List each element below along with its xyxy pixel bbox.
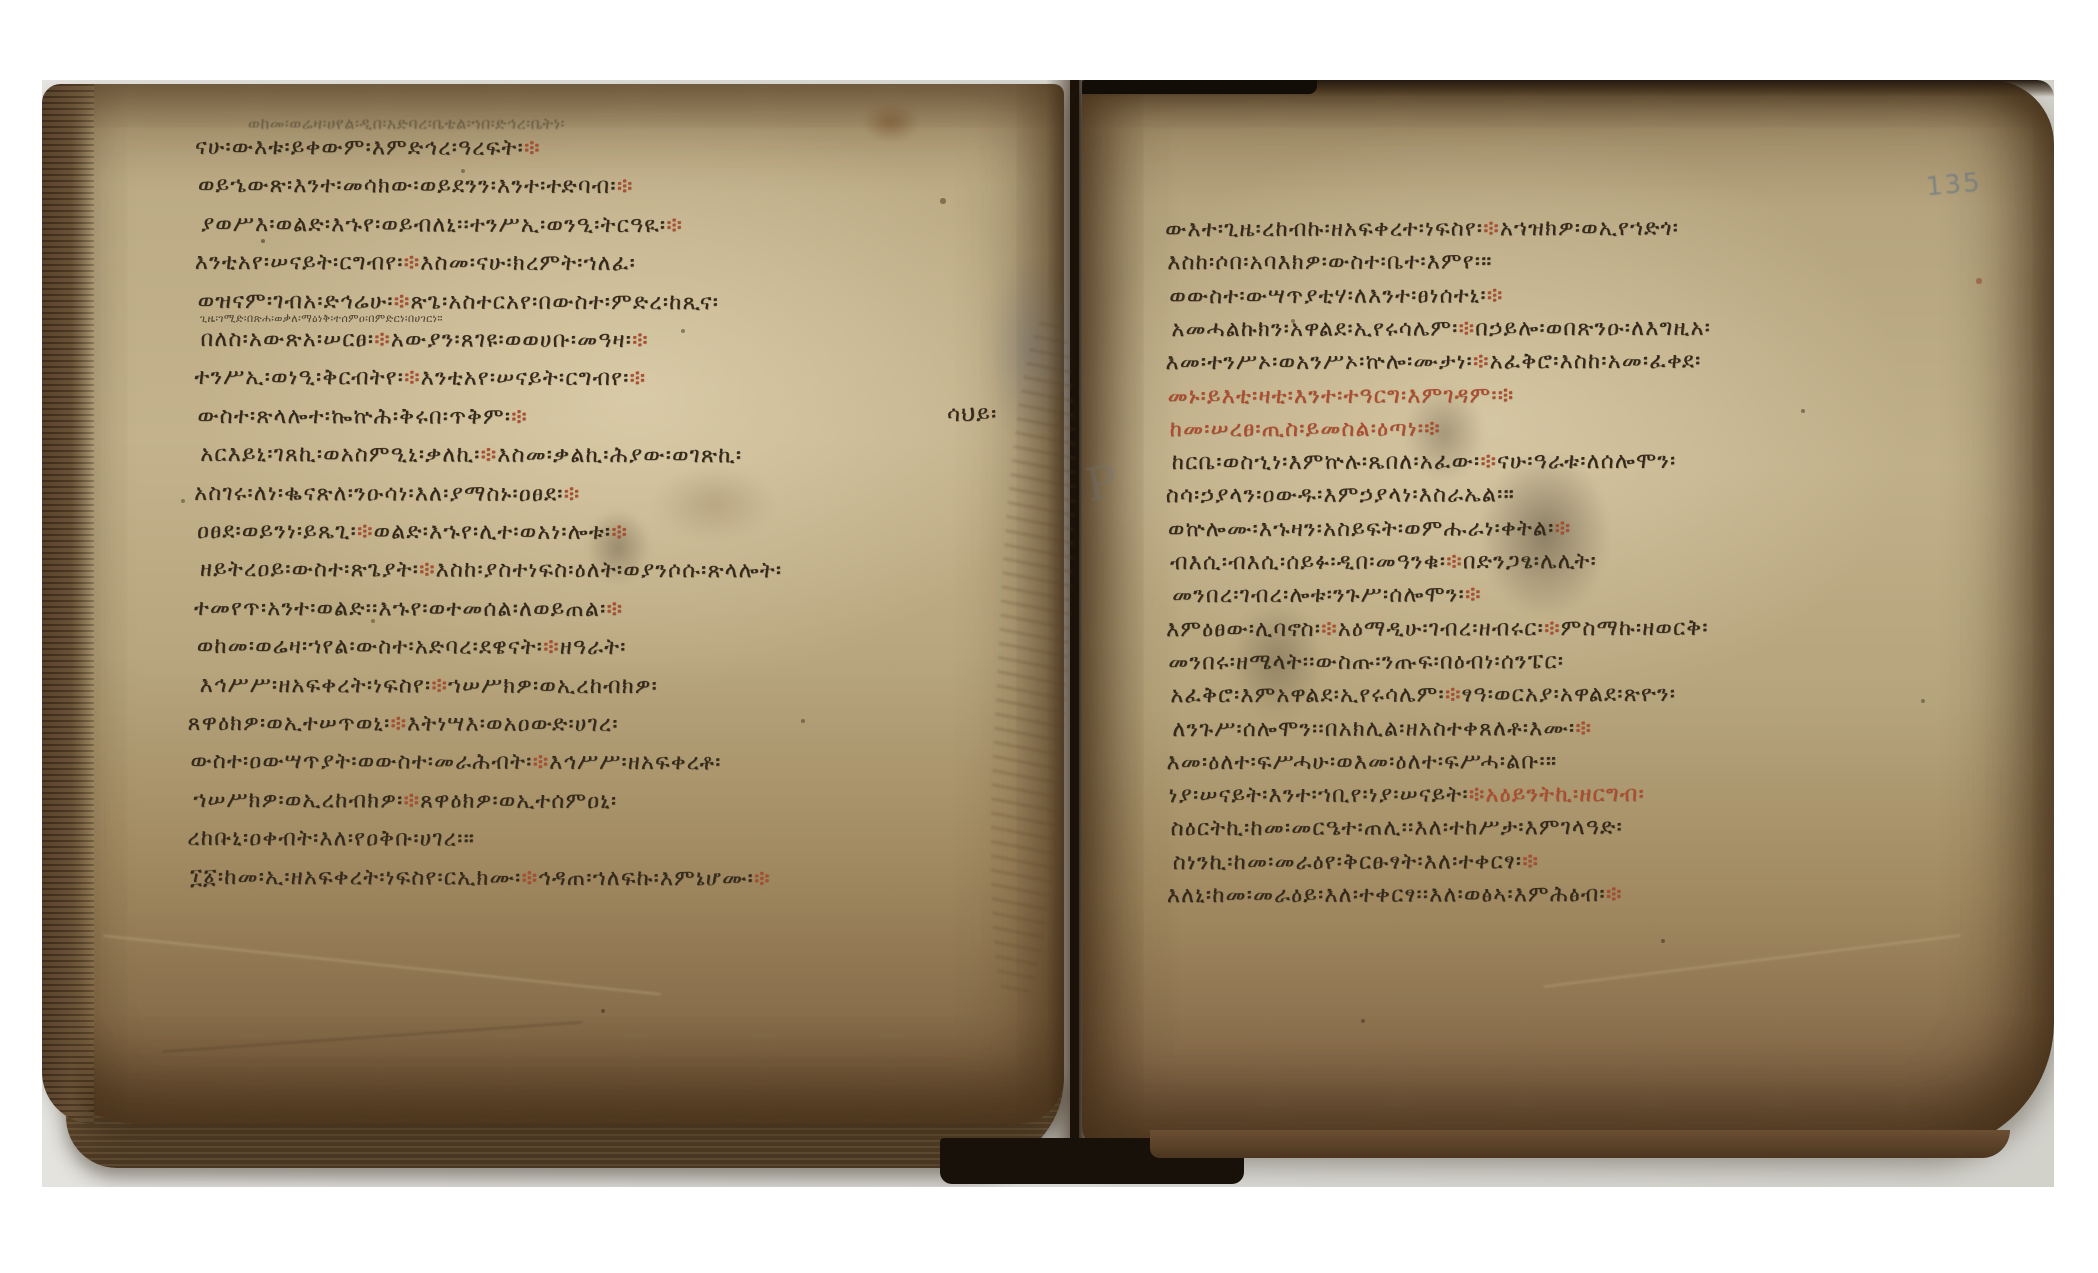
rubric-section-mark: ፨ [1480, 449, 1497, 474]
rubric-section-mark: ፨ [403, 788, 420, 813]
manuscript-photo: ወከመ፡ወሬዛ፡ሀየል፡ዲበ፡አድባረ፡ቤቴል፡ኀበ፡ድኅረ፡ቤትነ፡ ናሁ፡ው… [42, 80, 2054, 1187]
manuscript-line: ኀሠሥክዎ፡ወኢረከብክዎ፡፨ጸዋዕክዎ፡ወኢተሰምዐኒ፡ [193, 786, 617, 817]
rubric-section-mark: ፨ [611, 520, 628, 545]
rubric-section-mark: ፨ [1606, 882, 1623, 907]
manuscript-line: ውስተ፡ዐውሣጥያት፡ወውስተ፡መራሕብት፡፨እኅሥሥ፡ዘአፍቀረቶ፡ [190, 747, 721, 778]
manuscript-line: እምዕፀው፡ሊባኖስ፡፨አዕማዲሁ፡ገብረ፡ዘብሩር፡፨ምስማኩ፡ዘወርቅ፡ [1166, 613, 1709, 644]
rubric-section-mark: ፨ [1458, 316, 1475, 341]
manuscript-line: ከመ፡ሠረፀ፡ጢስ፡ይመስል፡ዕጣነ፡፨ [1170, 414, 1441, 445]
rubric-section-mark: ፨ [1554, 516, 1571, 541]
rubric-section-mark: ፨ [1473, 350, 1490, 375]
manuscript-line: እለኒ፡ከመ፡መራዕይ፡እለ፡ተቀርፃ፡፡እለ፡ወፅኣ፡እምሕፅብ፡፨ [1167, 880, 1623, 911]
rubric-section-mark: ፨ [1469, 782, 1486, 807]
rubric-section-mark: ፨ [1483, 216, 1500, 241]
manuscript-line: ነያ፡ሠናይት፡እንተ፡ኀቢየ፡ነያ፡ሠናይት፡፨አዕይንትኪ፡ዘርግብ፡ [1169, 780, 1645, 811]
manuscript-line: እመ፡ተንሥኦ፡ወአንሥኦ፡ኵሎ፡ሙታነ፡፨አፈቅሮ፡እስከ፡አመ፡ፈቀደ፡ [1165, 347, 1701, 378]
manuscript-line: እመ፡ዕለተ፡ፍሥሓሁ፡ወእመ፡ዕለተ፡ፍሥሓ፡ልቡ፡። [1166, 747, 1557, 778]
rubric-section-mark: ፨ [419, 558, 436, 583]
rubric-section-mark: ፨ [754, 866, 771, 891]
rubric-line-ending: አዕይንትኪ፡ዘርግብ፡ [1485, 782, 1644, 807]
rubric-section-mark: ፨ [1487, 283, 1504, 308]
manuscript-line: ወኵሎሙ፡እኁዛን፡አስይፍት፡ወምሑራነ፡ቀትል፡፨ [1168, 514, 1571, 545]
right-page-lines: ውእተ፡ጊዜ፡ረከብኩ፡ዘአፍቀረተ፡ነፍስየ፡፨አኀዝክዎ፡ወኢየኀድጎ፡እስ… [1165, 213, 2054, 935]
manuscript-line: ብእሲ፡ብእሲ፡ሰይፉ፡ዲበ፡መዓንቁ፡፨በድንጋፄ፡ሌሊት፡ [1170, 547, 1597, 578]
rubric-section-mark: ፨ [543, 635, 560, 660]
right-page-bottom-edge [1150, 1130, 2010, 1158]
manuscript-line: መኑ፡ይእቲ፡ዛቲ፡እንተ፡ተዓርግ፡እምገዳም፡፨ [1167, 381, 1514, 412]
manuscript-line: ከርቤ፡ወስኂነ፡እምኵሉ፡ጼበለ፡አፈው፡፨ናሁ፡ዓራቱ፡ለሰሎሞን፡ [1172, 447, 1677, 478]
rubric-section-mark: ፨ [394, 289, 411, 314]
manuscript-line: ለንጉሥ፡ሰሎሞን፡፡በአክሊል፡ዘአስተቀጸለቶ፡እሙ፡፨ [1172, 714, 1592, 745]
manuscript-line: እስከ፡ሶበ፡አባእክዎ፡ውስተ፡ቤተ፡እምየ፡። [1167, 248, 1492, 279]
rubric-section-mark: ፨ [374, 327, 391, 352]
manuscript-line: እኅሥሥ፡ዘአፍቀረት፡ነፍስየ፡፨ኀሠሥክዎ፡ወኢረከብክዎ፡ [200, 670, 658, 701]
manuscript-line: ስሳ፡ኃያላን፡ዐውዱ፡እምኃያላነ፡እስራኤል፡። [1166, 481, 1515, 512]
rubric-section-mark: ፨ [404, 251, 421, 276]
left-page-interlinear-note: ጊዜ፡ገሚድ፡በጽሐ፡ወቃለ፡ማዕነቅ፡ተሰምዐ፡በምድርነ፡በሀገርነ። [200, 312, 443, 326]
left-page-lines: ናሁ፡ውእቱ፡ይቀውም፡እምድኅረ፡ዓረፍት፡፨ወይኄውጽ፡እንተ፡መሳክው፡ወ… [193, 133, 1075, 955]
rubric-section-mark: ፨ [1446, 549, 1463, 574]
manuscript-line: ወውስተ፡ውሣጥያቲሃ፡ለእንተ፡ፀነሰተኒ፡፨ [1169, 281, 1503, 312]
rubric-section-mark: ፨ [524, 136, 541, 161]
manuscript-line: መንበሩ፡ዘሜላት፡፡ውስጡ፡ንጡፍ፡በዕብነ፡ሰንፔር፡ [1168, 647, 1564, 678]
manuscript-line: አርእይኒ፡ገጸኪ፡ወአስምዒኒ፡ቃለኪ፡፨እስመ፡ቃልኪ፡ሕያው፡ወገጽኪ፡ [200, 440, 742, 471]
left-page-stacked-edges [42, 84, 94, 1124]
manuscript-line: ስዕርትኪ፡ከመ፡መርዔተ፡ጠሊ፡፡እለ፡ተከሥታ፡እምገላዓድ፡ [1171, 813, 1623, 844]
speckles [42, 80, 44, 82]
left-page-faint-top-line: ወከመ፡ወሬዛ፡ሀየል፡ዲበ፡አድባረ፡ቤቴል፡ኀበ፡ድኅረ፡ቤትነ፡ [248, 114, 565, 134]
manuscript-line: አፈቅሮ፡እምአዋልደ፡ኢየሩሳሌም፡፨ፃዓ፡ወርአያ፡አዋልደ፡ጽዮን፡ [1170, 680, 1676, 711]
rubric-section-mark: ፨ [532, 750, 549, 775]
rubric-section-mark: ፨ [617, 174, 634, 199]
rubric-section-mark: ፨ [1445, 683, 1462, 708]
rubric-section-mark: ፨ [1522, 849, 1539, 874]
manuscript-line: ተንሥኢ፡ወነዒ፡ቅርብትየ፡፨እንቲአየ፡ሠናይት፡ርግብየ፡፨ [194, 363, 646, 394]
rubric-section-mark: ፨ [629, 366, 646, 391]
manuscript-line: ዘይትረዐይ፡ውስተ፡ጽጌያት፡፨እስከ፡ያስተነፍስ፡ዕለት፡ወያንሶሱ፡ጽላ… [200, 555, 782, 587]
rubric-section-mark: ፨ [511, 404, 528, 429]
manuscript-line: ፲፩፡ከመ፡ኢ፡ዘአፍቀረት፡ነፍስየ፡ርኢክሙ፡፨ኅዳጠ፡ኀለፍኩ፡እምኔሆሙ… [190, 862, 771, 894]
manuscript-line: ናሁ፡ውእቱ፡ይቀውም፡እምድኅረ፡ዓረፍት፡፨ [195, 133, 541, 164]
manuscript-line: ስነንኪ፡ከመ፡መራዕየ፡ቅርፁፃት፡እለ፡ተቀርፃ፡፨ [1173, 847, 1539, 878]
manuscript-line: ወይኄውጽ፡እንተ፡መሳክው፡ወይደንን፡እንተ፡ተድባብ፡፨ [198, 171, 634, 202]
rubric-section-mark: ፨ [481, 443, 498, 468]
rubric-section-mark: ፨ [666, 213, 683, 238]
manuscript-line: በለስ፡አውጽአ፡ሠርፀ፡፨አውያን፡ጸገዩ፡ወወሀቡ፡መዓዛ፡፨ [200, 325, 648, 356]
folio-number-pencil: 135 [1925, 168, 1983, 203]
rubric-section-mark: ፨ [564, 481, 581, 506]
manuscript-line: ወከመ፡ወሬዛ፡ኀየል፡ውስተ፡አድባረ፡ደዌናት፡፨ዘዓራት፡ [197, 632, 627, 663]
manuscript-line: ውስተ፡ጽላሎተ፡ኰኵሕ፡ቅሩበ፡ጥቅም፡፨ [197, 402, 528, 433]
manuscript-line: አመሓልኩክን፡አዋልደ፡ኢየሩሳሌም፡፨በኃይሎ፡ወበጽንዑ፡ለእግዚአ፡ [1171, 314, 1711, 345]
left-page-margin-word: ሳህይ፡ [947, 402, 997, 427]
rubric-section-mark: ፨ [390, 711, 407, 736]
rubric-section-mark: ፨ [521, 865, 538, 890]
manuscript-line: ውእተ፡ጊዜ፡ረከብኩ፡ዘአፍቀረተ፡ነፍስየ፡፨አኀዝክዎ፡ወኢየኀድጎ፡ [1165, 214, 1679, 245]
manuscript-line: እንቲአየ፡ሠናይት፡ርግብየ፡፨እስመ፡ናሁ፡ክረምት፡ኀለፈ፡ [195, 248, 636, 279]
manuscript-line: ዐፀደ፡ወይንነ፡ይጼጊ፡፨ወልድ፡እኁየ፡ሊተ፡ወአነ፡ሎቱ፡፨ [197, 517, 628, 548]
manuscript-line: ያወሥእ፡ወልድ፡እኁየ፡ወይብለኒ፡፡ተንሥኢ፡ወንዒ፡ትርዓዪ፡፨ [201, 210, 683, 241]
rubric-section-mark: ፨ [357, 519, 374, 544]
manuscript-line: ረከቡኒ፡ዐቀብት፡እለ፡የዐቅቡ፡ሀገረ፡። [187, 824, 475, 855]
rubric-section-mark: ፨ [606, 597, 623, 622]
rubric-section-mark: ፨ [1465, 583, 1482, 608]
manuscript-line: አስገሩ፡ለነ፡ቈናጽለ፡ንዑሳነ፡እለ፡ያማስኑ፡ዐፀደ፡፨ [194, 478, 580, 509]
rubric-section-mark: ፨ [404, 366, 421, 391]
rubric-section-mark: ፨ [1544, 616, 1561, 641]
manuscript-line: ተመየጥ፡አንተ፡ወልድ፡፡እኁየ፡ወተመሰል፡ለወይጠል፡፨ [194, 594, 623, 625]
rubric-section-mark: ፨ [431, 673, 448, 698]
binding-shadow-top [1082, 80, 1317, 94]
manuscript-line: መንበረ፡ገብረ፡ሎቱ፡ንጉሥ፡ሰሎሞን፡፨ [1172, 581, 1482, 612]
rubric-section-mark: ፨ [1575, 716, 1592, 741]
manuscript-line: ጸዋዕክዎ፡ወኢተሠጥወኒ፡፨እትነሣእ፡ወአዐውድ፡ሀገረ፡ [187, 709, 618, 740]
rubric-section-mark: ፨ [632, 328, 649, 353]
rubric-section-mark: ፨ [1321, 616, 1338, 641]
